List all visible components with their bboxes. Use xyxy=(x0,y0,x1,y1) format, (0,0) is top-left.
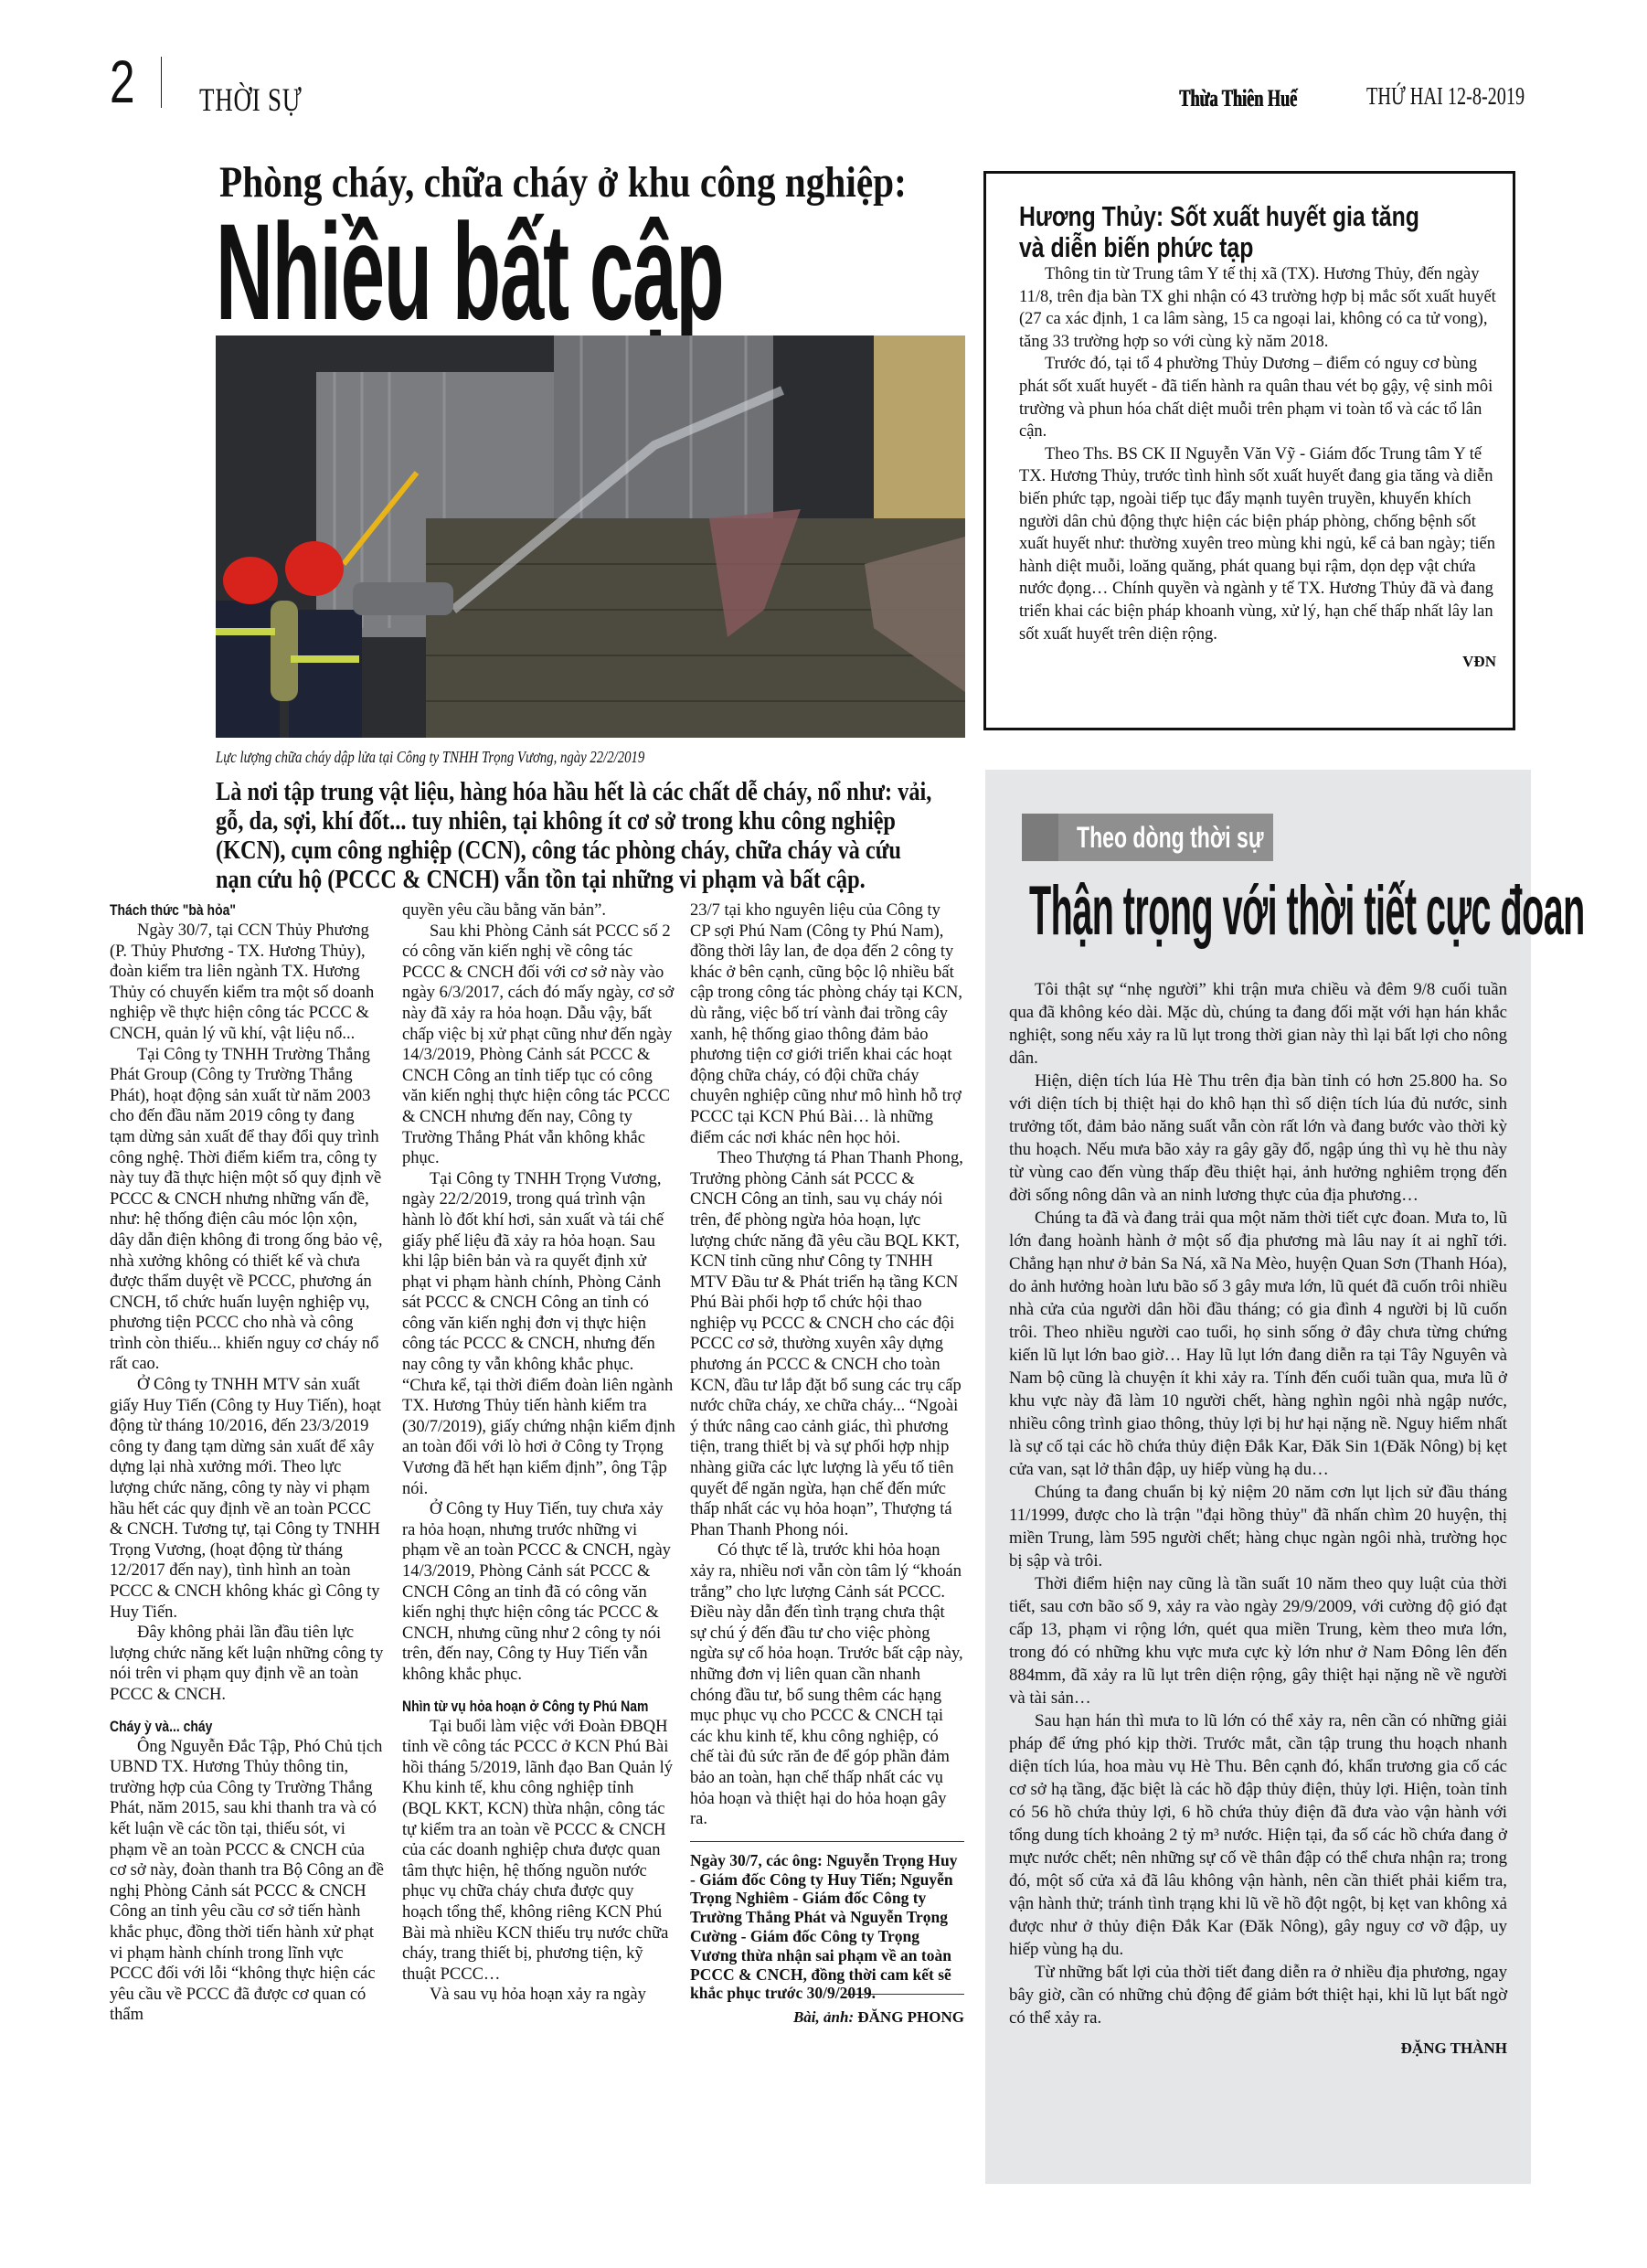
paragraph: 23/7 tại kho nguyên liệu của Công ty CP … xyxy=(690,900,964,1148)
section-label: THỜI SỰ xyxy=(199,80,302,119)
paragraph: Thông tin từ Trung tâm Y tế thị xã (TX).… xyxy=(1019,263,1496,353)
paragraph: Sau hạn hán thì mưa to lũ lớn có thể xảy… xyxy=(1009,1709,1507,1961)
paragraph: Theo Thượng tá Phan Thanh Phong, Trưởng … xyxy=(690,1148,964,1540)
highlight-note: Ngày 30/7, các ông: Nguyễn Trọng Huy - G… xyxy=(690,1841,964,2003)
dengue-news-box: Hương Thủy: Sốt xuất huyết gia tăng và d… xyxy=(983,171,1515,730)
article-headline: Nhiều bất cập xyxy=(216,203,723,340)
article-column-2: quyền yêu cầu bằng văn bản”. Sau khi Phò… xyxy=(402,900,676,2006)
byline-author: ĐĂNG PHONG xyxy=(857,2008,964,2026)
paragraph: Tôi thật sự “nhẹ người” khi trận mưa chi… xyxy=(1009,978,1507,1070)
page-number: 2 xyxy=(110,51,135,112)
article-column-3: 23/7 tại kho nguyên liệu của Công ty CP … xyxy=(690,900,964,2028)
subheading: Cháy ỳ và... cháy xyxy=(110,1717,335,1737)
paragraph: Tại buổi làm việc với Đoàn ĐBQH tỉnh về … xyxy=(402,1717,676,1986)
box-body: Thông tin từ Trung tâm Y tế thị xã (TX).… xyxy=(1019,263,1496,645)
lede-line: nạn cứu hộ (PCCC & CNCH) vẫn tồn tại nhữ… xyxy=(216,865,853,894)
firefighters-illustration xyxy=(216,335,965,738)
paragraph: quyền yêu cầu bằng văn bản”. xyxy=(402,900,676,921)
article-column-1: Thách thức "bà hỏa" Ngày 30/7, tại CCN T… xyxy=(110,900,384,2026)
lede-line: gỗ, da, sợi, khí đốt... tuy nhiên, tại k… xyxy=(216,806,853,836)
lede-line: (KCN), cụm công nghiệp (CCN), công tác p… xyxy=(216,836,853,865)
article-lede: Là nơi tập trung vật liệu, hàng hóa hầu … xyxy=(216,777,974,894)
opinion-body: Tôi thật sự “nhẹ người” khi trận mưa chi… xyxy=(1009,978,1507,2060)
paragraph: Theo Ths. BS CK II Nguyễn Văn Vỹ - Giám … xyxy=(1019,443,1496,645)
paragraph: Sau khi Phòng Cảnh sát PCCC số 2 có công… xyxy=(402,921,676,1169)
paragraph: Ngày 30/7, tại CCN Thủy Phương (P. Thủy … xyxy=(110,921,384,1045)
column-tag: Theo dòng thời sự xyxy=(1022,814,1273,861)
paragraph: Trước đó, tại tổ 4 phường Thủy Dương – đ… xyxy=(1019,353,1496,442)
article-byline: Bài, ảnh: ĐĂNG PHONG xyxy=(690,2007,964,2028)
paragraph: Có thực tế là, trước khi hỏa hoạn xảy ra… xyxy=(690,1540,964,1829)
box-title-line-1: Hương Thủy: Sốt xuất huyết gia tăng xyxy=(1019,201,1414,232)
paragraph: Thời điểm hiện nay cũng là tần suất 10 n… xyxy=(1009,1572,1507,1709)
paragraph: Tại Công ty TNHH Trọng Vương, ngày 22/2/… xyxy=(402,1169,676,1500)
paragraph: Và sau vụ hỏa hoạn xảy ra ngày xyxy=(402,1985,676,2006)
subheading: Nhìn từ vụ hỏa hoạn ở Công ty Phú Nam xyxy=(402,1697,657,1717)
photo-caption: Lực lượng chữa cháy dập lửa tại Công ty … xyxy=(216,748,644,767)
paragraph: Tại Công ty TNHH Trường Thắng Phát Group… xyxy=(110,1045,384,1376)
lede-line: Là nơi tập trung vật liệu, hàng hóa hầu … xyxy=(216,777,853,806)
paragraph: Từ những bất lợi của thời tiết đang diễn… xyxy=(1009,1961,1507,2029)
box-signature: VĐN xyxy=(986,653,1496,671)
paragraph: Chúng ta đang chuẩn bị kỷ niệm 20 năm cơ… xyxy=(1009,1481,1507,1572)
paragraph: Ông Nguyễn Đắc Tập, Phó Chủ tịch UBND TX… xyxy=(110,1737,384,2026)
paragraph: Đây không phải lần đầu tiên lực lượng ch… xyxy=(110,1623,384,1705)
column-tag-label: Theo dòng thời sự xyxy=(1077,821,1264,855)
paragraph: Ở Công ty TNHH MTV sản xuất giấy Huy Tiế… xyxy=(110,1375,384,1623)
masthead-divider xyxy=(161,57,162,108)
subheading: Thách thức "bà hỏa" xyxy=(110,900,335,921)
box-title-line-2: và diễn biến phức tạp xyxy=(1019,232,1414,263)
newspaper-name: Thừa Thiên Huế xyxy=(1179,85,1297,112)
tag-tab-decoration xyxy=(1022,814,1058,861)
paragraph: Hiện, diện tích lúa Hè Thu trên địa bàn … xyxy=(1009,1070,1507,1207)
byline-label: Bài, ảnh: xyxy=(793,2008,854,2026)
issue-date: THỨ HAI 12-8-2019 xyxy=(1366,82,1525,111)
paragraph: Chúng ta đã và đang trải qua một năm thờ… xyxy=(1009,1207,1507,1481)
opinion-signature: ĐẶNG THÀNH xyxy=(1009,2037,1507,2060)
firefighters-photo xyxy=(216,335,965,738)
opinion-title: Thận trọng với thời tiết cực đoan xyxy=(1029,875,1585,948)
opinion-box: Theo dòng thời sự Thận trọng với thời ti… xyxy=(985,770,1531,2184)
paragraph: Ở Công ty Huy Tiến, tuy chưa xảy ra hỏa … xyxy=(402,1499,676,1685)
